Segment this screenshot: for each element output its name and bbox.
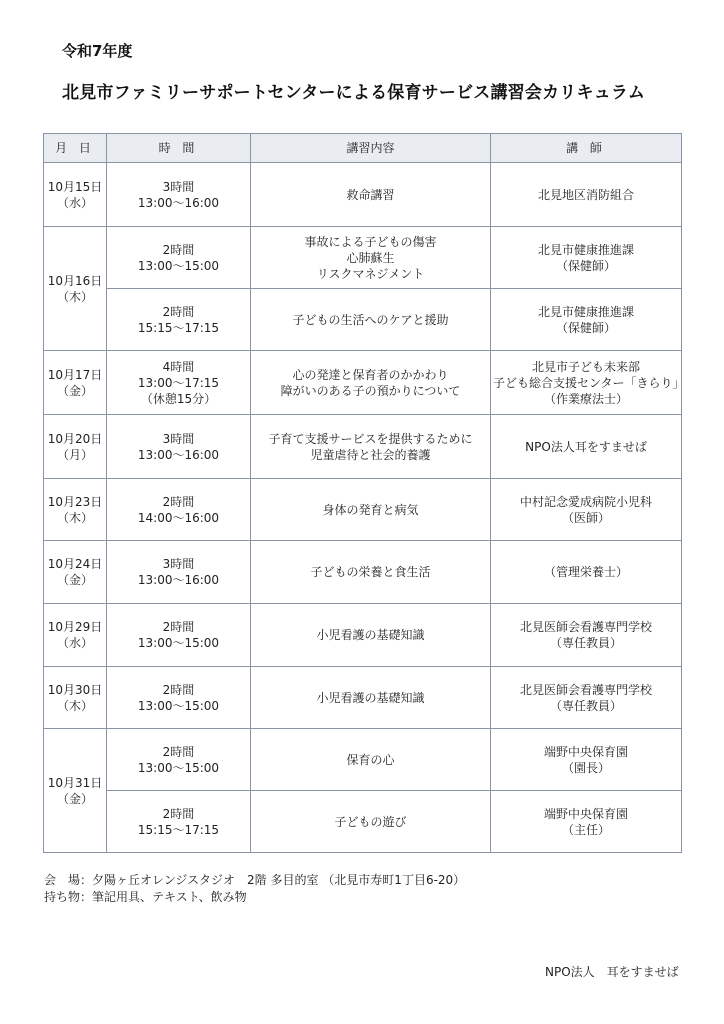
- date-cell-line: 10月24日: [46, 556, 104, 572]
- instructor-cell-line: 北見医師会看護専門学校: [493, 619, 679, 635]
- instructor-cell-line: 北見医師会看護専門学校: [493, 682, 679, 698]
- content-cell-line: 子どもの生活へのケアと援助: [253, 312, 488, 328]
- content-cell-line: 小児看護の基礎知識: [253, 690, 488, 706]
- time-cell: 3時間13:00～16:00: [107, 541, 251, 604]
- content-cell: 子どもの遊び: [251, 791, 491, 853]
- content-cell: 小児看護の基礎知識: [251, 604, 491, 667]
- instructor-cell-line: （専任教員）: [493, 635, 679, 651]
- date-cell: 10月29日（水）: [44, 604, 107, 667]
- date-cell-line: （月）: [46, 447, 104, 463]
- venue-info: 会 場：夕陽ヶ丘オレンジスタジオ 2階 多目的室 （北見市寿町1丁目6-20）: [44, 872, 465, 889]
- time-cell: 3時間13:00～16:00: [107, 415, 251, 479]
- instructor-cell-line: （医師）: [493, 510, 679, 526]
- content-cell-line: 子どもの栄養と食生活: [253, 564, 488, 580]
- table-row: 10月15日（水）3時間13:00～16:00救命講習北見地区消防組合: [44, 163, 682, 227]
- column-header-time: 時 間: [107, 134, 251, 163]
- date-cell-line: （木）: [46, 698, 104, 714]
- table-row: 10月17日（金）4時間13:00～17:15（休憩15分）心の発達と保育者のか…: [44, 351, 682, 415]
- time-cell-line: 3時間: [109, 556, 248, 572]
- content-cell-line: 救命講習: [253, 187, 488, 203]
- instructor-cell: （管理栄養士）: [491, 541, 682, 604]
- instructor-cell: 北見医師会看護専門学校（専任教員）: [491, 667, 682, 729]
- curriculum-table: 月 日 時 間 講習内容 講 師 10月15日（水）3時間13:00～16:00…: [43, 133, 682, 853]
- time-cell: 2時間13:00～15:00: [107, 604, 251, 667]
- date-cell-line: （木）: [46, 510, 104, 526]
- time-cell: 2時間15:15～17:15: [107, 791, 251, 853]
- instructor-cell-line: 北見地区消防組合: [493, 187, 679, 203]
- date-cell-line: 10月31日: [46, 775, 104, 791]
- content-cell: 身体の発育と病気: [251, 479, 491, 541]
- instructor-cell: 北見市子ども未来部子ども総合支援センター「きらり」（作業療法士）: [491, 351, 682, 415]
- belongings-info: 持ち物：筆記用具、テキスト、飲み物: [44, 889, 465, 906]
- time-cell-line: 2時間: [109, 682, 248, 698]
- instructor-cell-line: 端野中央保育園: [493, 744, 679, 760]
- date-cell-line: 10月30日: [46, 682, 104, 698]
- instructor-cell: 北見医師会看護専門学校（専任教員）: [491, 604, 682, 667]
- content-cell-line: 身体の発育と病気: [253, 502, 488, 518]
- content-cell-line: 子育て支援サービスを提供するために: [253, 431, 488, 447]
- date-cell: 10月30日（木）: [44, 667, 107, 729]
- organizer-label: 耳をすませば: [607, 965, 679, 979]
- time-cell-line: 2時間: [109, 619, 248, 635]
- content-cell-line: 障がいのある子の預かりについて: [253, 383, 488, 399]
- date-cell-line: （水）: [46, 635, 104, 651]
- instructor-cell-line: 北見市子ども未来部: [493, 359, 679, 375]
- instructor-cell-line: 中村記念愛成病院小児科: [493, 494, 679, 510]
- column-header-instructor: 講 師: [491, 134, 682, 163]
- time-cell: 2時間13:00～15:00: [107, 227, 251, 289]
- time-cell-line: 13:00～15:00: [109, 698, 248, 714]
- date-cell-line: （水）: [46, 195, 104, 211]
- document-title: 北見市ファミリーサポートセンターによる保育サービス講習会カリキュラム: [62, 78, 645, 103]
- time-cell-line: 3時間: [109, 431, 248, 447]
- fiscal-year-heading: 令和7年度: [62, 40, 132, 61]
- table-row: 10月30日（木）2時間13:00～15:00小児看護の基礎知識北見医師会看護専…: [44, 667, 682, 729]
- time-cell: 2時間14:00～16:00: [107, 479, 251, 541]
- date-cell: 10月31日（金）: [44, 729, 107, 853]
- time-cell-line: 15:15～17:15: [109, 822, 248, 838]
- content-cell: 救命講習: [251, 163, 491, 227]
- date-cell-line: 10月16日: [46, 273, 104, 289]
- date-cell: 10月15日（水）: [44, 163, 107, 227]
- date-cell-line: 10月29日: [46, 619, 104, 635]
- date-cell-line: （木）: [46, 289, 104, 305]
- content-cell: 子どもの栄養と食生活: [251, 541, 491, 604]
- time-cell-line: 13:00～16:00: [109, 447, 248, 463]
- instructor-cell: 北見地区消防組合: [491, 163, 682, 227]
- time-cell-line: 2時間: [109, 494, 248, 510]
- instructor-cell-line: NPO法人耳をすませば: [493, 439, 679, 455]
- content-cell: 小児看護の基礎知識: [251, 667, 491, 729]
- organizer-type: NPO法人: [545, 965, 595, 979]
- instructor-cell: 北見市健康推進課（保健師）: [491, 227, 682, 289]
- instructor-cell-line: 端野中央保育園: [493, 806, 679, 822]
- content-cell: 子どもの生活へのケアと援助: [251, 289, 491, 351]
- content-cell-line: リスクマネジメント: [253, 266, 488, 282]
- instructor-cell: 北見市健康推進課（保健師）: [491, 289, 682, 351]
- time-cell-line: 13:00～16:00: [109, 195, 248, 211]
- date-cell-line: （金）: [46, 383, 104, 399]
- table-row: 10月29日（水）2時間13:00～15:00小児看護の基礎知識北見医師会看護専…: [44, 604, 682, 667]
- date-cell-line: （金）: [46, 572, 104, 588]
- instructor-cell: 端野中央保育園（主任）: [491, 791, 682, 853]
- date-cell-line: （金）: [46, 791, 104, 807]
- table-row: 10月20日（月）3時間13:00～16:00子育て支援サービスを提供するために…: [44, 415, 682, 479]
- table-row: 2時間15:15～17:15子どもの遊び端野中央保育園（主任）: [44, 791, 682, 853]
- date-cell: 10月24日（金）: [44, 541, 107, 604]
- date-cell-line: 10月17日: [46, 367, 104, 383]
- table-body: 10月15日（水）3時間13:00～16:00救命講習北見地区消防組合10月16…: [44, 163, 682, 853]
- time-cell-line: 13:00～15:00: [109, 635, 248, 651]
- time-cell: 2時間15:15～17:15: [107, 289, 251, 351]
- instructor-cell-line: （管理栄養士）: [493, 564, 679, 580]
- time-cell: 2時間13:00～15:00: [107, 667, 251, 729]
- instructor-cell-line: 子ども総合支援センター「きらり」: [493, 375, 679, 391]
- column-header-content: 講習内容: [251, 134, 491, 163]
- time-cell-line: 15:15～17:15: [109, 320, 248, 336]
- date-cell-line: 10月23日: [46, 494, 104, 510]
- instructor-cell-line: 北見市健康推進課: [493, 242, 679, 258]
- table-row: 10月24日（金）3時間13:00～16:00子どもの栄養と食生活（管理栄養士）: [44, 541, 682, 604]
- time-cell-line: 13:00～16:00: [109, 572, 248, 588]
- content-cell-line: 保育の心: [253, 752, 488, 768]
- organizer-name: NPO法人耳をすませば: [545, 963, 679, 980]
- content-cell: 保育の心: [251, 729, 491, 791]
- time-cell-line: 14:00～16:00: [109, 510, 248, 526]
- table-row: 10月31日（金）2時間13:00～15:00保育の心端野中央保育園（園長）: [44, 729, 682, 791]
- instructor-cell: NPO法人耳をすませば: [491, 415, 682, 479]
- instructor-cell: 中村記念愛成病院小児科（医師）: [491, 479, 682, 541]
- table-header-row: 月 日 時 間 講習内容 講 師: [44, 134, 682, 163]
- instructor-cell-line: （主任）: [493, 822, 679, 838]
- table-row: 2時間15:15～17:15子どもの生活へのケアと援助北見市健康推進課（保健師）: [44, 289, 682, 351]
- instructor-cell-line: （園長）: [493, 760, 679, 776]
- content-cell-line: 事故による子どもの傷害: [253, 234, 488, 250]
- time-cell: 2時間13:00～15:00: [107, 729, 251, 791]
- content-cell: 子育て支援サービスを提供するために児童虐待と社会的養護: [251, 415, 491, 479]
- content-cell-line: 心の発達と保育者のかかわり: [253, 367, 488, 383]
- instructor-cell-line: （保健師）: [493, 258, 679, 274]
- date-cell: 10月20日（月）: [44, 415, 107, 479]
- time-cell-line: （休憩15分）: [109, 391, 248, 407]
- content-cell: 事故による子どもの傷害心肺蘇生リスクマネジメント: [251, 227, 491, 289]
- footer-notes: 会 場：夕陽ヶ丘オレンジスタジオ 2階 多目的室 （北見市寿町1丁目6-20） …: [44, 872, 465, 906]
- time-cell: 3時間13:00～16:00: [107, 163, 251, 227]
- instructor-cell: 端野中央保育園（園長）: [491, 729, 682, 791]
- date-cell: 10月17日（金）: [44, 351, 107, 415]
- date-cell: 10月16日（木）: [44, 227, 107, 351]
- time-cell-line: 2時間: [109, 806, 248, 822]
- time-cell-line: 4時間: [109, 359, 248, 375]
- content-cell-line: 児童虐待と社会的養護: [253, 447, 488, 463]
- content-cell-line: 心肺蘇生: [253, 250, 488, 266]
- content-cell-line: 子どもの遊び: [253, 814, 488, 830]
- content-cell-line: 小児看護の基礎知識: [253, 627, 488, 643]
- instructor-cell-line: （専任教員）: [493, 698, 679, 714]
- time-cell-line: 13:00～15:00: [109, 258, 248, 274]
- time-cell: 4時間13:00～17:15（休憩15分）: [107, 351, 251, 415]
- time-cell-line: 3時間: [109, 179, 248, 195]
- time-cell-line: 2時間: [109, 744, 248, 760]
- time-cell-line: 13:00～17:15: [109, 375, 248, 391]
- instructor-cell-line: 北見市健康推進課: [493, 304, 679, 320]
- content-cell: 心の発達と保育者のかかわり障がいのある子の預かりについて: [251, 351, 491, 415]
- table-row: 10月16日（木）2時間13:00～15:00事故による子どもの傷害心肺蘇生リス…: [44, 227, 682, 289]
- time-cell-line: 13:00～15:00: [109, 760, 248, 776]
- date-cell-line: 10月15日: [46, 179, 104, 195]
- instructor-cell-line: （作業療法士）: [493, 391, 679, 407]
- time-cell-line: 2時間: [109, 304, 248, 320]
- column-header-date: 月 日: [44, 134, 107, 163]
- instructor-cell-line: （保健師）: [493, 320, 679, 336]
- table-row: 10月23日（木）2時間14:00～16:00身体の発育と病気中村記念愛成病院小…: [44, 479, 682, 541]
- date-cell-line: 10月20日: [46, 431, 104, 447]
- time-cell-line: 2時間: [109, 242, 248, 258]
- date-cell: 10月23日（木）: [44, 479, 107, 541]
